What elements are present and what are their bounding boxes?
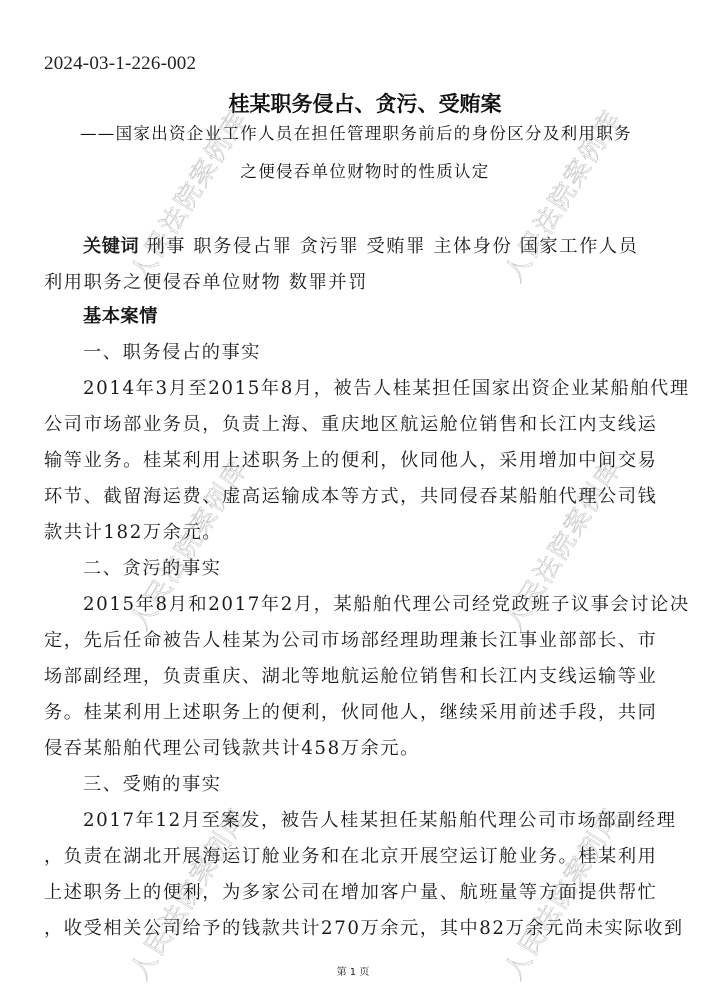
keywords-line-1: 关键词 刑事 职务侵占罪 贪污罪 受贿罪 主体身份 国家工作人员 bbox=[83, 232, 695, 258]
keywords-line-2: 利用职务之便侵吞单位财物 数罪并罚 bbox=[44, 268, 656, 294]
paragraph-line: ，收受相关公司给予的钱款共计270万余元，其中82万余元尚未实际收到 bbox=[44, 914, 656, 940]
paragraph-line: ，负责在湖北开展海运订舱业务和在北京开展空运订舱业务。桂某利用 bbox=[44, 842, 656, 868]
paragraph-line: 上述职务上的便利，为多家公司在增加客户量、航班量等方面提供帮忙 bbox=[44, 878, 656, 904]
paragraph-line: 款共计182万余元。 bbox=[44, 518, 656, 544]
subsection-heading: 三、受贿的事实 bbox=[83, 770, 695, 796]
paragraph-line: 定，先后任命被告人桂某为公司市场部经理助理兼长江事业部部长、市 bbox=[44, 626, 656, 652]
document-subtitle-line-2: 之便侵吞单位财物时的性质认定 bbox=[0, 158, 706, 182]
paragraph-line: 输等业务。桂某利用上述职务上的便利，伙同他人，采用增加中间交易 bbox=[44, 446, 656, 472]
paragraph-line: 环节、截留海运费、虚高运输成本等方式，共同侵吞某船舶代理公司钱 bbox=[44, 482, 656, 508]
paragraph-line: 场部副经理，负责重庆、湖北等地航运舱位销售和长江内支线运输等业 bbox=[44, 662, 656, 688]
keywords-text: 刑事 职务侵占罪 贪污罪 受贿罪 主体身份 国家工作人员 bbox=[146, 236, 638, 257]
subsection-heading: 二、贪污的事实 bbox=[83, 554, 695, 580]
page-number: 第 1 页 bbox=[0, 963, 706, 978]
paragraph-line: 务。桂某利用上述职务上的便利，伙同他人，继续采用前述手段，共同 bbox=[44, 698, 656, 724]
keywords-label: 关键词 bbox=[83, 236, 139, 257]
document-title: 桂某职务侵占、贪污、受贿案 bbox=[0, 88, 706, 118]
paragraph-line: 2014年3月至2015年8月，被告人桂某担任国家出资企业某船舶代理 bbox=[83, 374, 695, 400]
section-heading-basic-facts: 基本案情 bbox=[83, 302, 158, 328]
document-subtitle-line-1: ——国家出资企业工作人员在担任管理职务前后的身份区分及利用职务 bbox=[80, 120, 632, 144]
paragraph-line: 2015年8月和2017年2月，某船舶代理公司经党政班子议事会讨论决 bbox=[83, 590, 695, 616]
subsection-heading: 一、职务侵占的事实 bbox=[83, 338, 695, 364]
paragraph-line: 2017年12月至案发，被告人桂某担任某船舶代理公司市场部副经理 bbox=[83, 806, 695, 832]
paragraph-line: 侵吞某船舶代理公司钱款共计458万余元。 bbox=[44, 734, 656, 760]
paragraph-line: 公司市场部业务员，负责上海、重庆地区航运舱位销售和长江内支线运 bbox=[44, 410, 656, 436]
document-page: 人民法院案例库 人民法院案例库 人民法院案例库 人民法院案例库 人民法院案例库 … bbox=[0, 0, 706, 999]
case-number: 2024-03-1-226-002 bbox=[44, 53, 196, 75]
